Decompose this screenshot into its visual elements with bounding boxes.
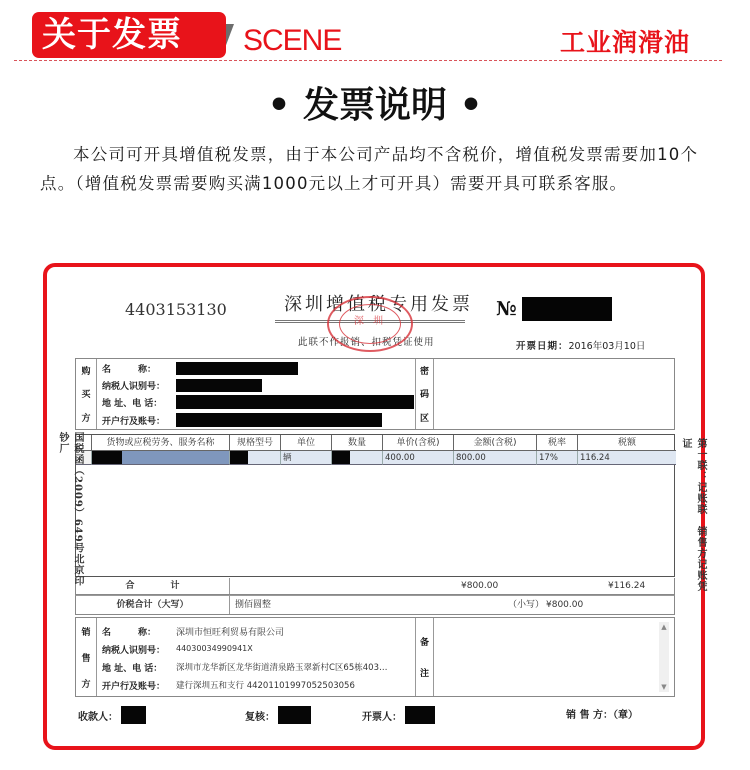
totals-label: 合 计 <box>76 578 230 594</box>
buyer-name-redacted <box>176 362 298 375</box>
seller-section: 销 售 方 名 称： 深圳市恒旺利贸易有限公司 纳税人识别号： 44030034… <box>75 617 675 697</box>
reviewer-redacted <box>278 706 311 724</box>
left-margin-text: 国税函（2009）649号北京印钞厂 <box>55 432 85 592</box>
items-header-tax: 税额 <box>578 435 676 451</box>
spec-redacted <box>230 451 248 464</box>
invoice-date-label: 开票日期： <box>516 341 569 352</box>
header-divider <box>14 60 722 61</box>
items-header-name: 货物或应税劳务、服务名称 <box>92 435 230 451</box>
items-table: 货物或应税劳务、服务名称 规格型号 单位 数量 单价(含税) 金额(含税) 税率… <box>75 434 675 577</box>
buyer-side-char: 买 <box>81 387 90 400</box>
cipher-char: 密 <box>420 364 429 377</box>
seller-taxid-value: 44030034990941X <box>176 644 253 653</box>
header-badge: 关于发票 <box>32 12 226 58</box>
seller-bank-label: 开户行及账号： <box>102 679 165 692</box>
seller-name-value: 深圳市恒旺利贸易有限公司 <box>176 625 284 638</box>
remark-char: 备 <box>420 635 429 648</box>
seller-stamp-label: 销 售 方：（章） <box>566 706 638 721</box>
page-header: 关于发票 SCENE 工业润滑油 <box>0 0 750 70</box>
section-title: • 发票说明 • <box>0 84 750 128</box>
seller-side-char: 方 <box>81 677 90 690</box>
invoice-date: 开票日期：2016年03月10日 <box>516 338 645 352</box>
reviewer-signature: 复核： <box>245 706 311 724</box>
cell-price[interactable]: 400.00 <box>383 451 454 465</box>
remark-scrollbar[interactable]: ▲ ▼ <box>659 622 669 692</box>
items-header-price: 单价(含税) <box>383 435 454 451</box>
seller-side-char: 销 <box>81 625 90 638</box>
grand-total-row: 价税合计（大写） 捌佰圆整 （小写） ¥800.00 <box>75 595 675 615</box>
buyer-bank-redacted <box>176 413 382 427</box>
remark-label: 备 注 <box>415 618 434 696</box>
scroll-up-icon[interactable]: ▲ <box>659 623 669 631</box>
grand-total-lowercase-label: （小写） <box>508 596 544 614</box>
name-redacted <box>92 451 122 464</box>
invoice-code: 4403153130 <box>125 300 227 319</box>
header-category: 工业润滑油 <box>560 28 690 58</box>
grand-total-uppercase: 捌佰圆整 <box>235 596 271 614</box>
remark-char: 注 <box>420 666 429 679</box>
cipher-area-label: 密 码 区 <box>415 359 434 429</box>
totals-amount: ¥800.00 <box>461 578 498 594</box>
grand-total-label: 价税合计（大写） <box>76 596 230 614</box>
seller-bank-value: 建行深圳五和支行 44201101997052503056 <box>176 679 355 691</box>
seller-name-label: 名 称： <box>102 625 156 638</box>
buyer-address-label: 地 址、电 话： <box>102 396 162 409</box>
buyer-name-label: 名 称： <box>102 362 156 375</box>
cell-name[interactable] <box>92 451 230 465</box>
official-stamp-icon: 深 圳 <box>327 296 413 352</box>
stamp-text: 深 圳 <box>329 312 411 327</box>
cell-qty[interactable] <box>332 451 383 465</box>
buyer-side-char: 方 <box>81 411 90 424</box>
items-header-taxrate: 税率 <box>537 435 578 451</box>
invoice-date-value: 2016年03月10日 <box>569 341 646 352</box>
cell-tax[interactable]: 116.24 <box>578 451 676 465</box>
totals-tax: ¥116.24 <box>608 578 645 594</box>
buyer-bank-label: 开户行及账号： <box>102 414 165 427</box>
buyer-taxid-redacted <box>176 379 262 392</box>
drawer-label: 开票人： <box>362 708 402 723</box>
cell-taxrate[interactable]: 17% <box>537 451 578 465</box>
buyer-side-char: 购 <box>81 364 90 377</box>
buyer-side-label: 购 买 方 <box>76 359 97 429</box>
seller-address-value: 深圳市龙华新区龙华街道清泉路玉翠新村C区65栋403… <box>176 661 387 673</box>
seller-side-char: 售 <box>81 651 90 664</box>
items-header-qty: 数量 <box>332 435 383 451</box>
payee-redacted <box>121 706 146 724</box>
cipher-char: 码 <box>420 387 429 400</box>
scroll-down-icon[interactable]: ▼ <box>659 683 669 691</box>
seller-address-label: 地 址、电 话： <box>102 661 162 674</box>
drawer-signature: 开票人： <box>362 706 435 724</box>
header-scene-text: SCENE <box>243 26 341 56</box>
payee-signature: 收款人： <box>78 706 146 724</box>
seller-side-label: 销 售 方 <box>76 618 97 696</box>
qty-redacted <box>332 451 350 464</box>
cell-amount[interactable]: 800.00 <box>454 451 537 465</box>
remark-field[interactable]: ▲ ▼ <box>434 618 675 696</box>
right-margin-text: 第一联：记账联 销售方记账凭证 <box>678 438 708 598</box>
grand-total-lowercase-value: ¥800.00 <box>546 596 583 614</box>
payee-label: 收款人： <box>78 708 118 723</box>
cell-spec[interactable] <box>230 451 281 465</box>
items-header-amount: 金额(含税) <box>454 435 537 451</box>
items-header-unit: 单位 <box>281 435 332 451</box>
buyer-taxid-label: 纳税人识别号： <box>102 379 165 392</box>
seller-taxid-label: 纳税人识别号： <box>102 643 165 656</box>
buyer-section: 购 买 方 名 称： 纳税人识别号： 地 址、电 话： 开户行及账号： 密 码 … <box>75 358 675 430</box>
cell-unit[interactable]: 辆 <box>281 451 332 465</box>
section-intro: 本公司可开具增值税发票，由于本公司产品均不含税价，增值税发票需要加10个点。（增… <box>40 140 712 198</box>
totals-row: 合 计 ¥800.00 ¥116.24 <box>75 578 675 595</box>
buyer-address-redacted <box>176 395 414 409</box>
cipher-char: 区 <box>420 411 429 424</box>
invoice-number-symbol: № <box>496 298 517 320</box>
items-header-spec: 规格型号 <box>230 435 281 451</box>
invoice-number-redacted <box>522 297 612 321</box>
drawer-redacted <box>405 706 435 724</box>
reviewer-label: 复核： <box>245 708 275 723</box>
